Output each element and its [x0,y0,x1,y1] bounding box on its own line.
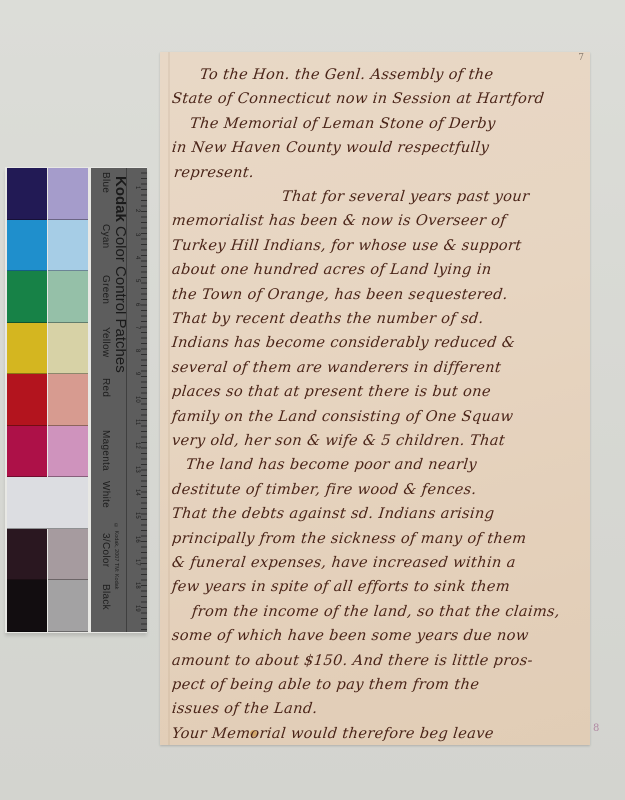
ruler-number: 11 [128,419,140,425]
card-copyright: © Kodak, 2007 TM: Kodak [113,523,119,589]
patch-magenta-dark [7,426,47,478]
ruler-number: 14 [128,489,140,496]
patch-label: Yellow [95,327,111,357]
manuscript-line: the Town of Orange, has been sequestered… [171,286,509,303]
manuscript-line: issues of the Land. [171,700,318,717]
ruler-number: 12 [128,442,140,449]
manuscript-line: some of which have been some years due n… [171,627,530,644]
ruler-number: 19 [128,605,140,612]
ruler-number: 6 [128,303,140,306]
manuscript-line: principally from the sickness of many of… [171,530,527,547]
ruler-number: 8 [128,349,140,352]
patch-3color-light [48,529,88,581]
patch-red-light [48,374,88,426]
patch-blue-light [48,168,88,220]
patch-label: White [95,481,111,508]
ruler-number: 15 [128,512,140,519]
manuscript-line: places so that at present there is but o… [171,383,492,400]
ruler-number: 1 [128,186,140,189]
ruler-number: 7 [128,326,140,329]
manuscript-line: amount to about $150. And there is littl… [171,652,534,669]
manuscript-line: Your Memorial would therefore beg leave [171,725,495,742]
manuscript-line: very old, her son & wife & 5 children. T… [171,432,506,449]
color-patches [7,168,89,632]
ruler-number: 13 [128,466,140,473]
patch-cyan-dark [7,220,47,272]
patch-cyan-light [48,220,88,272]
patch-label: 3/Color [95,533,111,567]
manuscript-line: pect of being able to pay them from the [171,676,480,693]
manuscript-line: The Memorial of Leman Stone of Derby [189,115,496,132]
ruler-number: 3 [128,233,140,236]
ruler-number: 16 [128,536,140,543]
manuscript-line: The land has become poor and nearly [185,456,478,473]
patch-3color-dark [7,529,47,581]
manuscript-page: 7 To the Hon. the Genl. Assembly of theS… [160,52,590,745]
manuscript-line: memorialist has been & now is Overseer o… [171,212,507,229]
patch-black-dark [7,580,47,632]
patch-magenta-light [48,426,88,478]
ruler: 12345678910111213141516171819 [126,168,147,632]
patch-white [7,477,88,529]
manuscript-line: about one hundred acres of Land lying in [171,261,492,278]
patch-labels: BlueCyanGreenYellowRedMagentaWhite3/Colo… [93,168,113,632]
manuscript-line: That for several years past your [281,188,530,205]
manuscript-line: That the debts against sd. Indians arisi… [171,505,495,522]
manuscript-line: family on the Land consisting of One Squ… [171,408,514,425]
manuscript-line: destitute of timber, fire wood & fences. [171,481,477,498]
patch-green-light [48,271,88,323]
patch-label: Green [95,275,111,304]
patch-label: Red [95,378,111,397]
patch-blue-dark [7,168,47,220]
patch-label: Blue [95,172,111,193]
patch-black-light [48,580,88,632]
ruler-number: 9 [128,372,140,375]
patch-green-dark [7,271,47,323]
manuscript-line: in New Haven County would respectfully [171,139,490,156]
manuscript-line: To the Hon. the Genl. Assembly of the [199,66,494,83]
manuscript-line: several of them are wanderers in differe… [171,359,502,376]
manuscript-line: Indians has become considerably reduced … [171,334,516,351]
ruler-number: 4 [128,256,140,259]
margin-mark: 8 [593,723,599,734]
manuscript-line: represent. [173,164,255,181]
ruler-number: 18 [128,582,140,589]
manuscript-line: & funeral expenses, have increased withi… [171,554,517,571]
patch-label: Black [95,584,111,610]
manuscript-line: That by recent deaths the number of sd. [171,310,484,327]
manuscript-line: Turkey Hill Indians, for whose use & sup… [171,237,522,254]
patch-label: Magenta [95,430,111,471]
kodak-color-control-card: BlueCyanGreenYellowRedMagentaWhite3/Colo… [5,167,147,633]
patch-yellow-dark [7,323,47,375]
manuscript-line: few years in spite of all efforts to sin… [171,578,511,595]
ruler-number: 10 [128,396,140,403]
patch-yellow-light [48,323,88,375]
manuscript-line: from the income of the land, so that the… [191,603,561,620]
patch-label: Cyan [95,224,111,249]
page-number: 7 [578,53,584,63]
ruler-number: 17 [128,559,140,566]
label-strip: BlueCyanGreenYellowRedMagentaWhite3/Colo… [91,168,147,632]
ruler-number: 2 [128,209,140,212]
ruler-number: 5 [128,279,140,282]
manuscript-line: State of Connecticut now in Session at H… [171,90,545,107]
patch-red-dark [7,374,47,426]
